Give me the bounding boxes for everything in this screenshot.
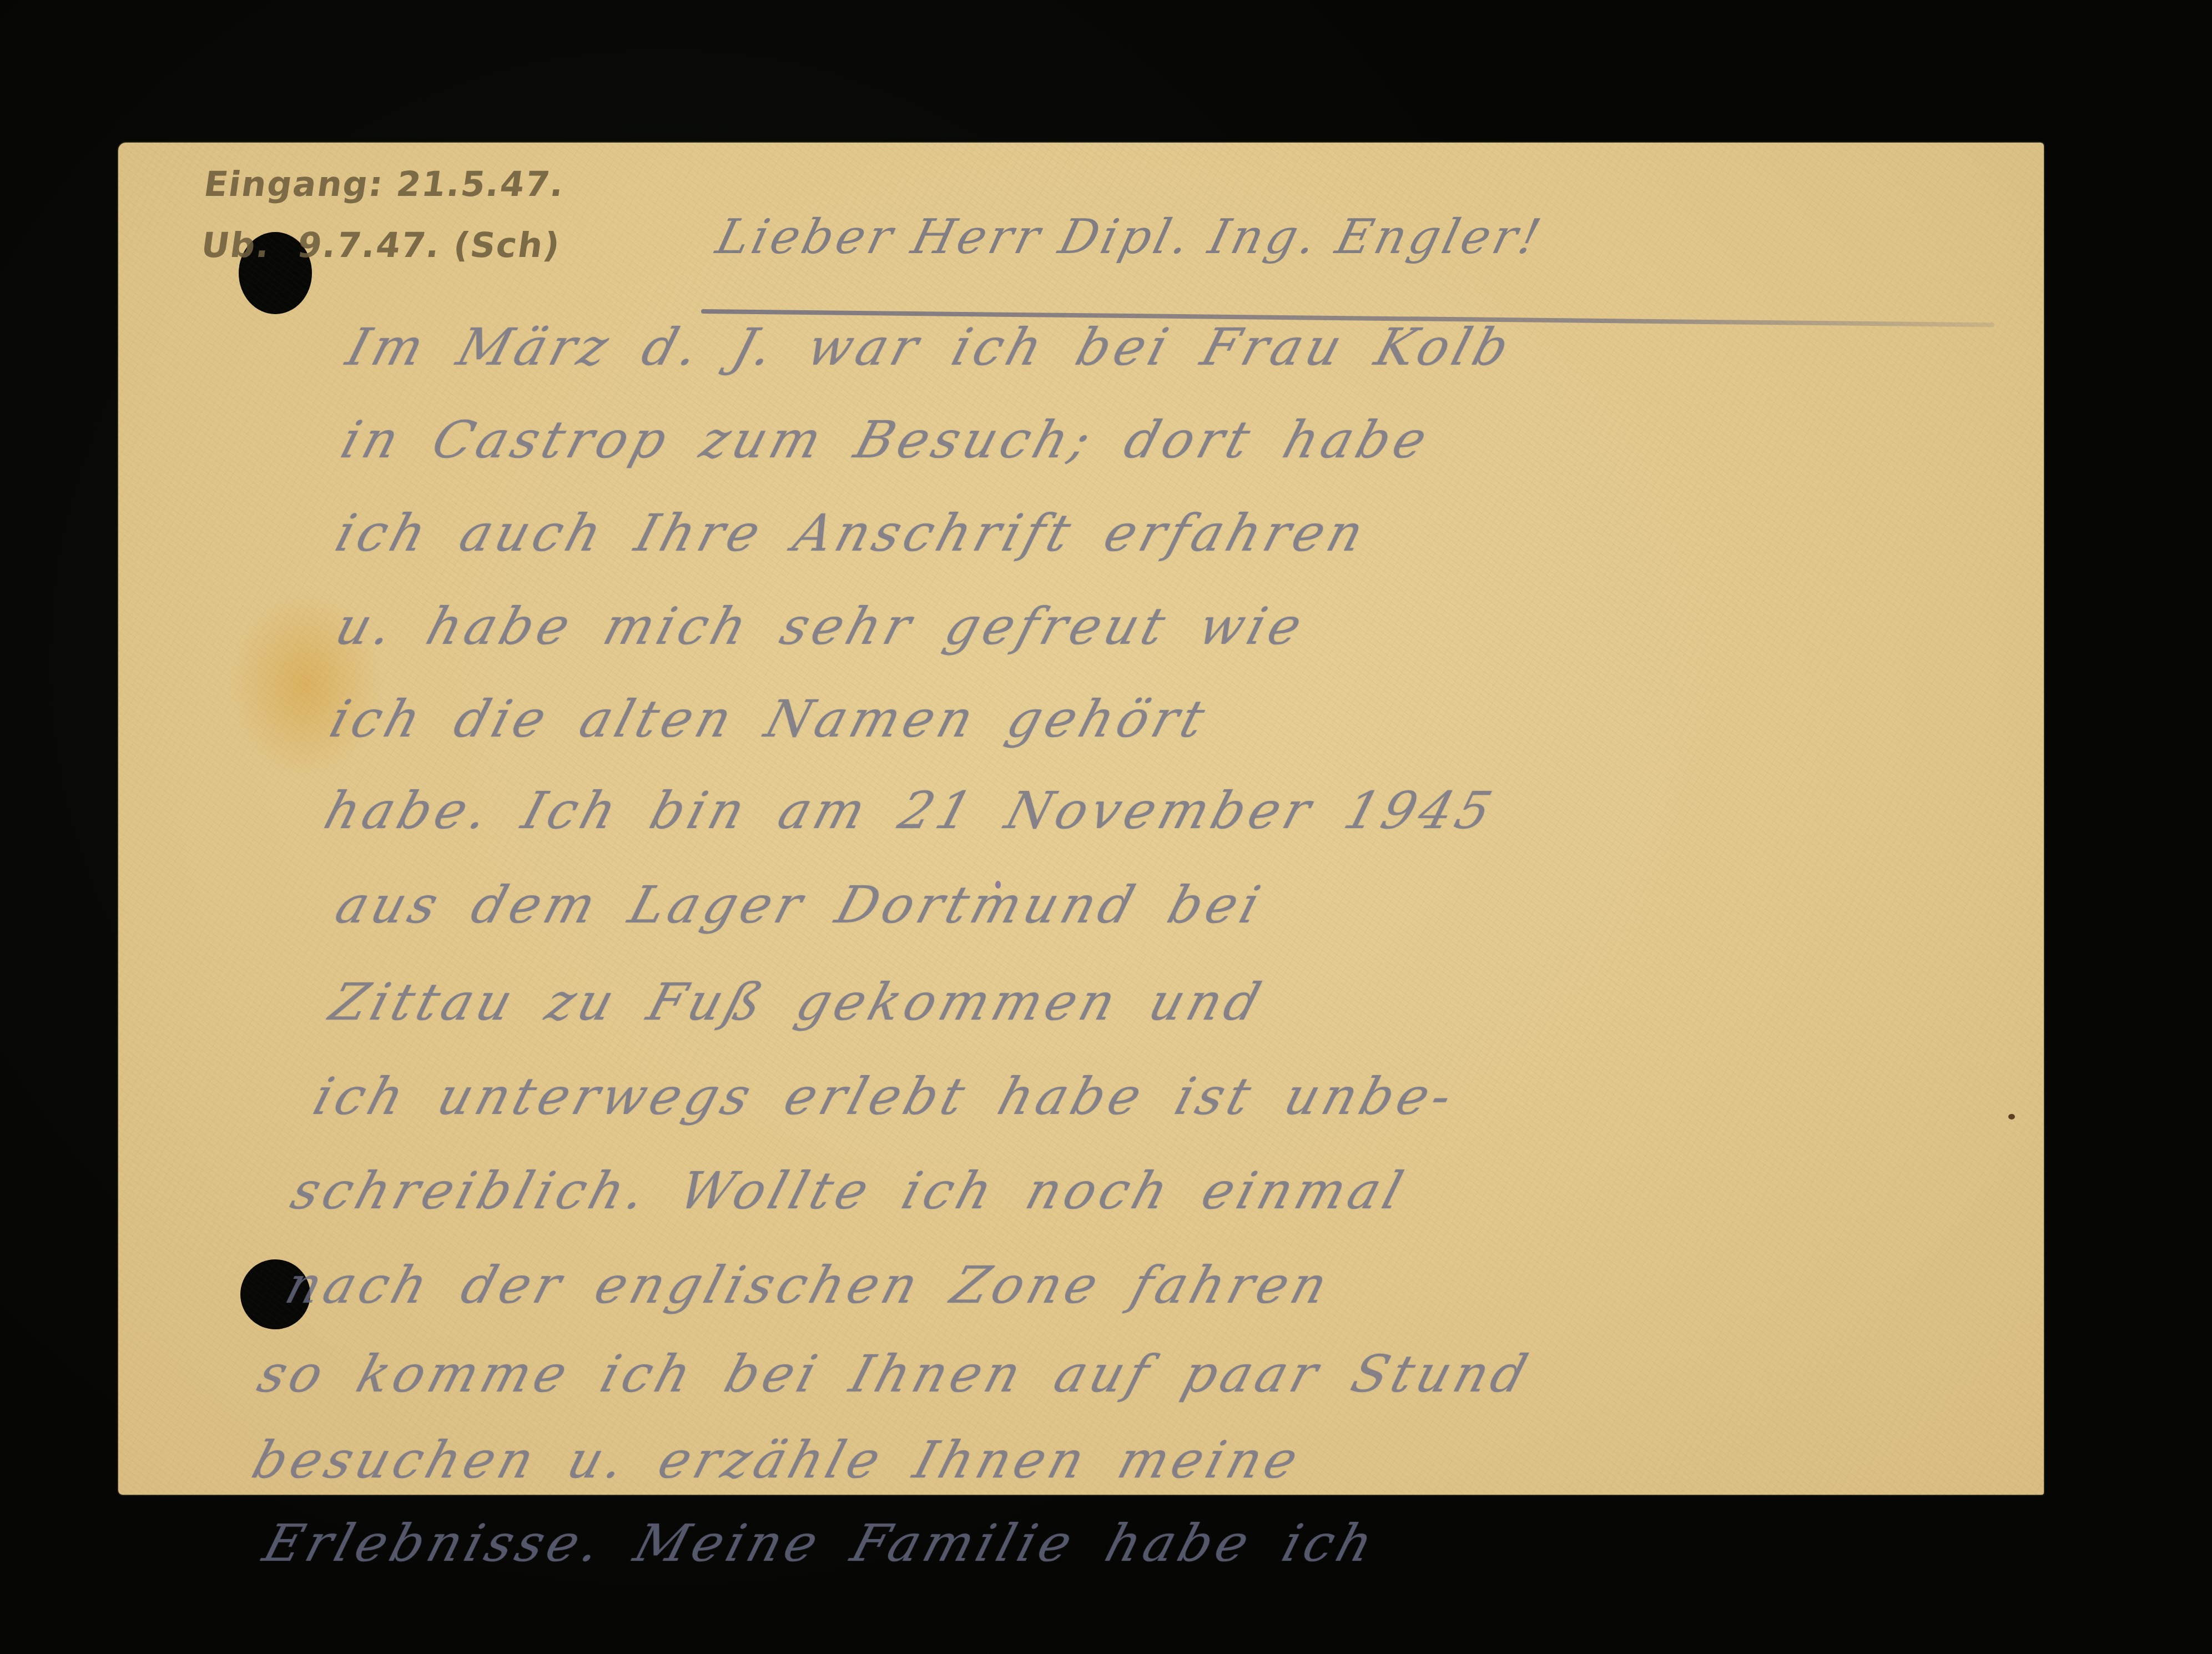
letter-line: ich auch Ihre Anschrift erfahren — [329, 503, 1374, 563]
letter-line: Im März d. J. war ich bei Frau Kolb — [340, 317, 1520, 377]
letter-line: ich unterwegs erlebt habe ist unbe- — [307, 1067, 1463, 1126]
ink-dot — [995, 881, 1001, 889]
letter-line: besuchen u. erzähle Ihnen meine — [246, 1430, 1309, 1490]
letter-line: in Castrop zum Besuch; dort habe — [335, 410, 1438, 470]
letter-line: nach der englischen Zone fahren — [279, 1255, 1338, 1315]
letter-line: Erlebnisse. Meine Familie habe ich — [257, 1514, 1384, 1573]
paper-fleck — [2008, 1114, 2015, 1120]
letter-body: Im März d. J. war ich bei Frau Kolb in C… — [118, 143, 2044, 1495]
postcard: Eingang: 21.5.47. Ub. 9.7.47. (Sch) Lieb… — [118, 143, 2044, 1495]
letter-line: ich die alten Namen gehört — [324, 689, 1216, 749]
letter-line: habe. Ich bin am 21 November 1945 — [318, 781, 1503, 840]
letter-line: Zittau zu Fuß gekommen und — [324, 972, 1271, 1032]
letter-line: schreiblich. Wollte ich noch einmal — [285, 1161, 1413, 1221]
letter-line: aus dem Lager Dortmund bei — [329, 875, 1271, 935]
letter-line: so komme ich bei Ihnen auf paar Stund — [251, 1344, 1538, 1404]
letter-line: u. habe mich sehr gefreut wie — [329, 597, 1313, 656]
